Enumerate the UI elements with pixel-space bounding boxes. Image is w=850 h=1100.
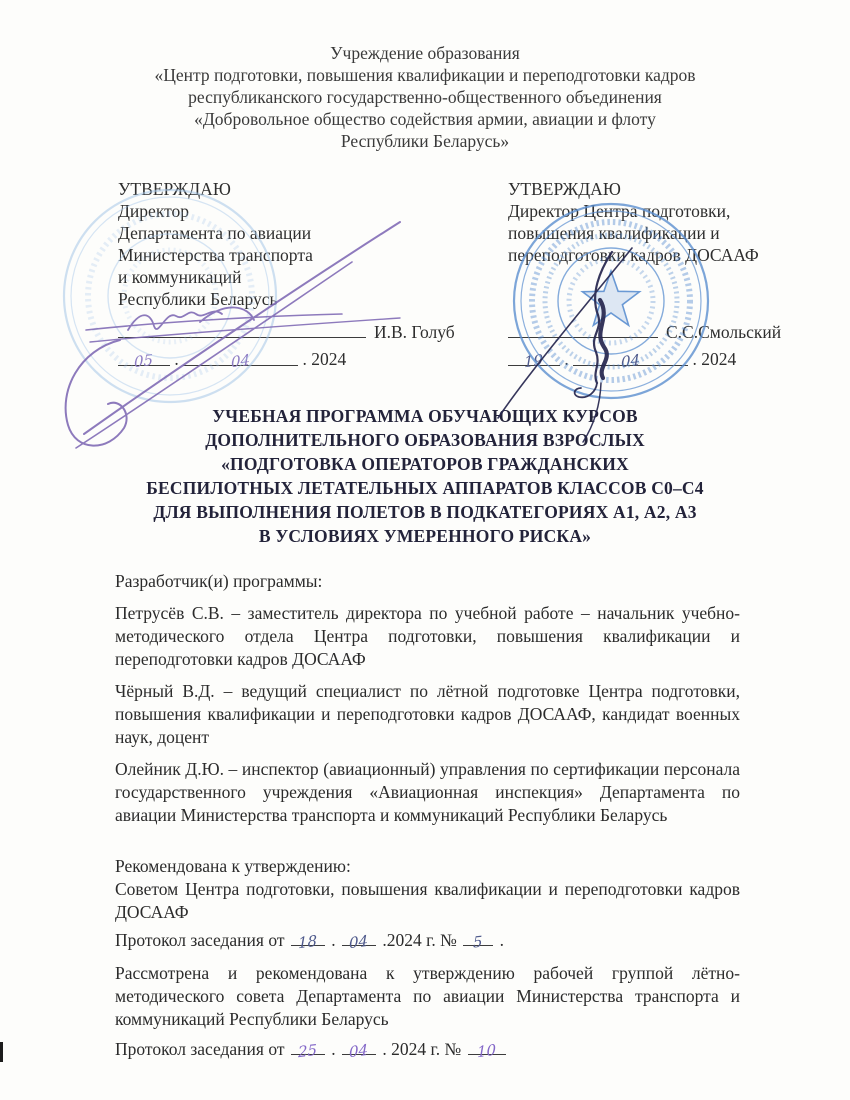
protocol-number-sign: № [444,1039,461,1059]
org-header-line: республиканского государственно-обществе… [0,86,850,108]
approver-title-line: Республики Беларусь [118,288,464,310]
protocol-number-blank: 5 [463,928,493,946]
approver-title-line: Министерства транспорта [118,244,464,266]
org-header-line: Республики Беларусь» [0,130,850,152]
protocol-month-blank: 04 [342,928,376,946]
date-year: . 2024 [303,349,347,369]
handwritten-number: 5 [473,929,483,954]
document-title: УЧЕБНАЯ ПРОГРАММА ОБУЧАЮЩИХ КУРСОВ ДОПОЛ… [0,404,850,548]
protocol-day-blank: 18 [291,928,325,946]
handwritten-day: 25 [298,1038,317,1064]
date-separator: . [174,349,178,369]
protocol-prefix: Протокол заседания от [115,930,285,950]
approvals-row: УТВЕРЖДАЮ Директор Департамента по авиац… [0,178,850,370]
approver-title-line: повышения квалификации и [508,222,820,244]
approver-title-line: Директор [118,200,464,222]
protocol-number-sign: № [440,930,457,950]
title-line: БЕСПИЛОТНЫХ ЛЕТАТЕЛЬНЫХ АППАРАТОВ КЛАССО… [0,476,850,500]
org-header-line: «Добровольное общество содействия армии,… [0,108,850,130]
title-line: УЧЕБНАЯ ПРОГРАММА ОБУЧАЮЩИХ КУРСОВ [0,404,850,428]
date-line: 05 . 04 . 2024 [118,348,464,370]
handwritten-day: 05 [134,349,153,373]
signer-name: С.С.Смольский [666,322,781,342]
signature-block-right: С.С.Смольский 19 . 04 . 2024 [508,320,820,370]
document-page: Учреждение образования «Центр подготовки… [0,0,850,1100]
protocol-number-blank: 10 [468,1037,506,1055]
date-day-blank: 05 [118,348,170,366]
org-header-line: «Центр подготовки, повышения квалификаци… [0,64,850,86]
review-paragraph: Рассмотрена и рекомендована к утверждени… [115,962,740,1031]
page-body: Разработчик(и) программы: Петрусёв С.В. … [115,570,740,1061]
title-line: ДЛЯ ВЫПОЛНЕНИЯ ПОЛЕТОВ В ПОДКАТЕГОРИЯХ А… [0,500,850,524]
handwritten-month: 04 [231,349,250,373]
protocol-day-blank: 25 [291,1037,325,1055]
scan-edge-artifact [0,1042,3,1062]
developers-section: Разработчик(и) программы: Петрусёв С.В. … [115,570,740,827]
date-line: 19 . 04 . 2024 [508,348,820,370]
signer-name: И.В. Голуб [374,322,455,342]
signature-rule [118,320,366,338]
signature-rule [508,320,658,338]
signature-line: И.В. Голуб [118,320,464,343]
council-paragraph: Советом Центра подготовки, повышения ква… [115,878,740,924]
handwritten-day: 18 [298,929,317,955]
protocol-line-1: Протокол заседания от 18 . 04 .2024 г. №… [115,928,740,952]
developer-paragraph: Петрусёв С.В. – заместитель директора по… [115,602,740,671]
handwritten-month: 04 [621,349,640,373]
protocol-prefix: Протокол заседания от [115,1039,285,1059]
protocol-month-blank: 04 [342,1037,376,1055]
title-line: «ПОДГОТОВКА ОПЕРАТОРОВ ГРАЖДАНСКИХ [0,452,850,476]
approval-block-right: УТВЕРЖДАЮ Директор Центра подготовки, по… [508,178,820,370]
recommendation-section: Рекомендована к утверждению: Советом Цен… [115,855,740,1061]
date-month-blank: 04 [183,348,298,366]
handwritten-month: 04 [349,929,368,955]
handwritten-number: 10 [477,1038,496,1064]
protocol-line-2: Протокол заседания от 25 . 04 . 2024 г. … [115,1037,740,1061]
approver-title-line: переподготовки кадров ДОСААФ [508,244,820,266]
date-separator: . [564,349,568,369]
date-day-blank: 19 [508,348,560,366]
handwritten-month: 04 [349,1038,368,1064]
signature-block-left: И.В. Голуб 05 . 04 . 2024 [118,320,464,370]
title-line: В УСЛОВИЯХ УМЕРЕННОГО РИСКА» [0,524,850,548]
approval-block-left: УТВЕРЖДАЮ Директор Департамента по авиац… [118,178,464,370]
developer-paragraph: Олейник Д.Ю. – инспектор (авиационный) у… [115,758,740,827]
date-month-blank: 04 [573,348,688,366]
approver-title-line: и коммуникаций [118,266,464,288]
approve-label: УТВЕРЖДАЮ [508,178,820,200]
handwritten-day: 19 [524,349,543,373]
org-header: Учреждение образования «Центр подготовки… [0,0,850,152]
protocol-suffix: . [500,930,504,950]
date-year: . 2024 [693,349,737,369]
approver-title-line: Директор Центра подготовки, [508,200,820,222]
signature-line: С.С.Смольский [508,320,820,343]
protocol-year: . 2024 г. [382,1039,440,1059]
title-line: ДОПОЛНИТЕЛЬНОГО ОБРАЗОВАНИЯ ВЗРОСЛЫХ [0,428,850,452]
protocol-separator: . [331,930,335,950]
org-header-line: Учреждение образования [0,42,850,64]
developers-heading: Разработчик(и) программы: [115,570,740,593]
approver-title-line: Департамента по авиации [118,222,464,244]
developer-paragraph: Чёрный В.Д. – ведущий специалист по лётн… [115,680,740,749]
recommendation-heading: Рекомендована к утверждению: [115,855,740,878]
protocol-separator: . [331,1039,335,1059]
approve-label: УТВЕРЖДАЮ [118,178,464,200]
protocol-year: .2024 г. [382,930,435,950]
